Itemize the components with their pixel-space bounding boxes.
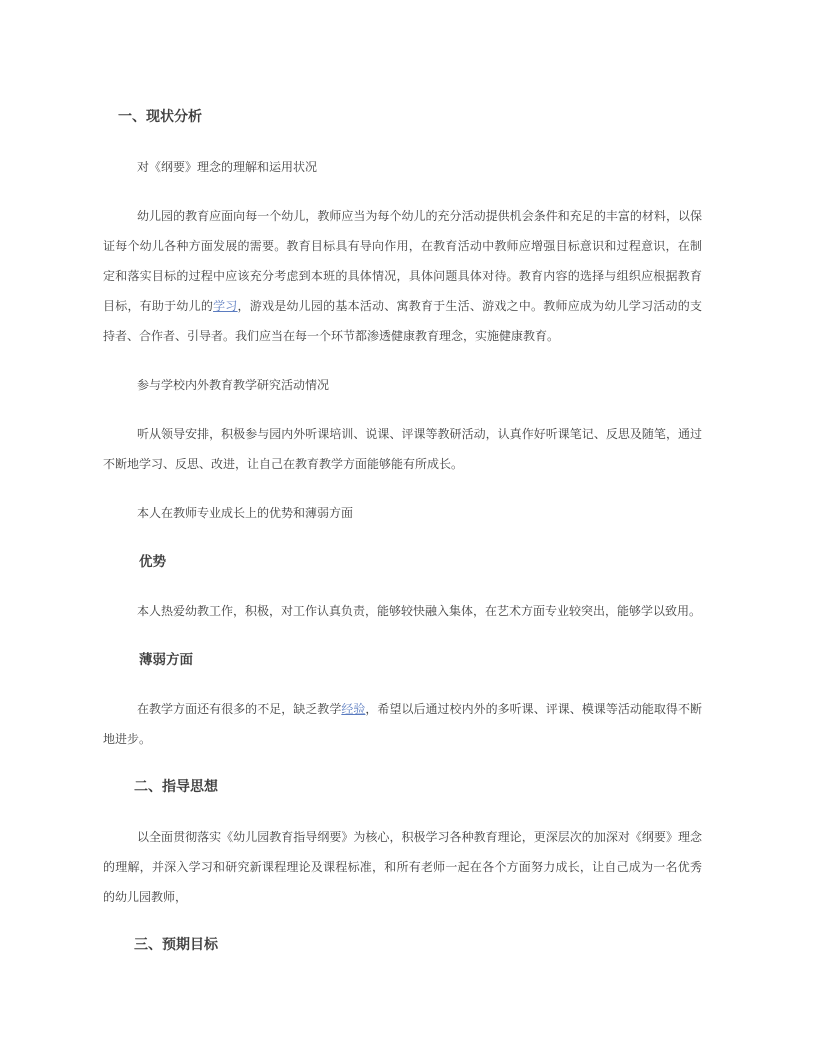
paragraph-research-activities: 听从领导安排，积极参与园内外听课培训、说课、评课等教研活动，认真作好听课笔记、反…	[103, 419, 702, 479]
paragraph-text: 在教学方面还有很多的不足，缺乏教学	[137, 702, 341, 716]
subheading-outline-understanding: 对《纲要》理念的理解和运用状况	[103, 152, 702, 182]
paragraph-outline-understanding: 幼儿园的教育应面向每一个幼儿，教师应当为每个幼儿的充分活动提供机会条件和充足的丰…	[103, 201, 702, 351]
subheading-professional-growth: 本人在教师专业成长上的优势和薄弱方面	[103, 498, 702, 528]
section-heading-2-guiding-ideology: 二、指导思想	[103, 773, 702, 803]
hyperlink-learning[interactable]: 学习	[213, 299, 237, 313]
paragraph-weaknesses: 在教学方面还有很多的不足，缺乏教学经验，希望以后通过校内外的多听课、评课、模课等…	[103, 694, 702, 754]
heading-strengths: 优势	[103, 547, 702, 577]
document-page: 一、现状分析 对《纲要》理念的理解和运用状况 幼儿园的教育应面向每一个幼儿，教师…	[0, 0, 816, 1056]
hyperlink-experience[interactable]: 经验	[341, 702, 365, 716]
paragraph-strengths: 本人热爱幼教工作，积极，对工作认真负责，能够较快融入集体，在艺术方面专业较突出，…	[103, 596, 702, 626]
section-heading-1-status-analysis: 一、现状分析	[103, 103, 702, 133]
document-body: 一、现状分析 对《纲要》理念的理解和运用状况 幼儿园的教育应面向每一个幼儿，教师…	[103, 103, 702, 961]
heading-weaknesses: 薄弱方面	[103, 645, 702, 675]
section-heading-3-expected-goals: 三、预期目标	[103, 931, 702, 961]
subheading-research-activities: 参与学校内外教育教学研究活动情况	[103, 370, 702, 400]
paragraph-guiding-ideology: 以全面贯彻落实《幼儿园教育指导纲要》为核心，积极学习各种教育理论，更深层次的加深…	[103, 822, 702, 912]
paragraph-text: 幼儿园的教育应面向每一个幼儿，教师应当为每个幼儿的充分活动提供机会条件和充足的丰…	[103, 209, 702, 313]
